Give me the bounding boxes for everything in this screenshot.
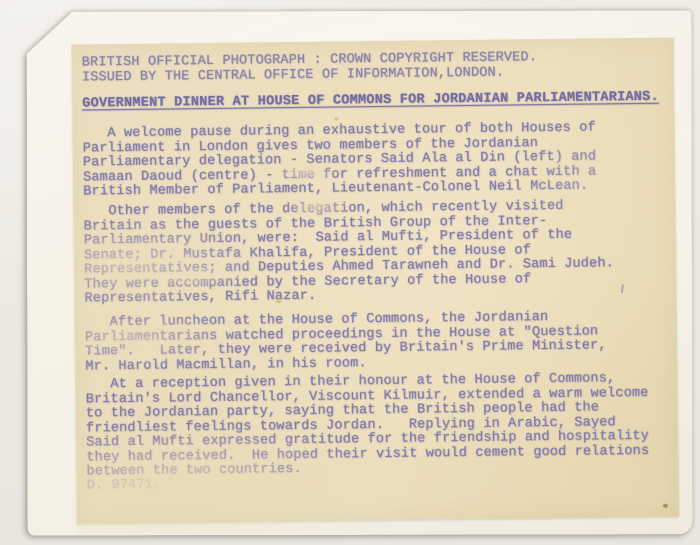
caption-paragraph-2: Other members of the delegation, which r…: [83, 199, 670, 307]
paper-stain: [663, 504, 668, 508]
caption-title: GOVERNMENT DINNER AT HOUSE OF COMMONS FO…: [82, 91, 668, 112]
caption-sheet: BRITISH OFFICIAL PHOTOGRAPH : CROWN COPY…: [72, 38, 680, 524]
caption-header: BRITISH OFFICIAL PHOTOGRAPH : CROWN COPY…: [82, 50, 668, 86]
title-line: GOVERNMENT DINNER AT HOUSE OF COMMONS FO…: [82, 91, 668, 112]
caption-paragraph-3: After luncheon at the House of Commons, …: [85, 310, 672, 375]
caption-paragraph-4: At a reception given in their honour at …: [85, 372, 672, 480]
photo-paper-backing: BRITISH OFFICIAL PHOTOGRAPH : CROWN COPY…: [26, 10, 692, 535]
paper-stain: [334, 117, 338, 120]
scanned-document: BRITISH OFFICIAL PHOTOGRAPH : CROWN COPY…: [0, 0, 700, 545]
caption-paragraph-1: A welcome pause during an exhaustive tou…: [82, 121, 669, 200]
